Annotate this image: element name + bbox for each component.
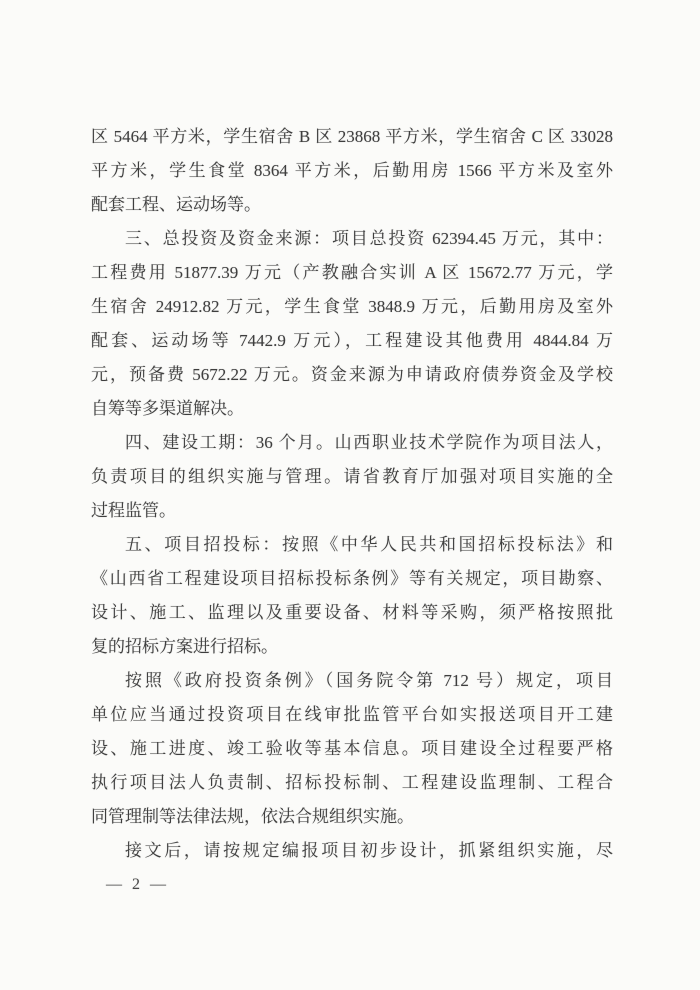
document-text-block: 区 5464 平方米，学生宿舍 B 区 23868 平方米，学生宿舍 C 区 3… — [91, 120, 613, 868]
document-line-section-3-heading: 三、总投资及资金来源：项目总投资 62394.45 万元，其中： — [91, 222, 613, 256]
document-page: 区 5464 平方米，学生宿舍 B 区 23868 平方米，学生宿舍 C 区 3… — [0, 0, 700, 990]
document-line: 接文后，请按规定编报项目初步设计，抓紧组织实施，尽 — [91, 834, 613, 868]
document-line: 同管理制等法律法规，依法合规组织实施。 — [91, 800, 613, 834]
document-line: 单位应当通过投资项目在线审批监管平台如实报送项目开工建 — [91, 698, 613, 732]
document-line-section-4-heading: 四、建设工期：36 个月。山西职业技术学院作为项目法人， — [91, 426, 613, 460]
document-line: 工程费用 51877.39 万元（产教融合实训 A 区 15672.77 万元，… — [91, 256, 613, 290]
document-line: 负责项目的组织实施与管理。请省教育厅加强对项目实施的全 — [91, 460, 613, 494]
document-line: 执行项目法人负责制、招标投标制、工程建设监理制、工程合 — [91, 766, 613, 800]
document-line: 自筹等多渠道解决。 — [91, 392, 613, 426]
document-line: 配套工程、运动场等。 — [91, 188, 613, 222]
document-line: 设、施工进度、竣工验收等基本信息。项目建设全过程要严格 — [91, 732, 613, 766]
document-line: 设计、施工、监理以及重要设备、材料等采购，须严格按照批 — [91, 596, 613, 630]
document-line: 配套、运动场等 7442.9 万元），工程建设其他费用 4844.84 万 — [91, 324, 613, 358]
document-line: 过程监管。 — [91, 494, 613, 528]
document-line: 平方米，学生食堂 8364 平方米，后勤用房 1566 平方米及室外 — [91, 154, 613, 188]
document-line: 《山西省工程建设项目招标投标条例》等有关规定，项目勘察、 — [91, 562, 613, 596]
document-line: 按照《政府投资条例》（国务院令第 712 号）规定，项目 — [91, 664, 613, 698]
document-line: 生宿舍 24912.82 万元，学生食堂 3848.9 万元，后勤用房及室外 — [91, 290, 613, 324]
page-number: — 2 — — [106, 874, 169, 896]
document-line-section-5-heading: 五、项目招投标：按照《中华人民共和国招标投标法》和 — [91, 528, 613, 562]
document-line: 复的招标方案进行招标。 — [91, 630, 613, 664]
document-line: 区 5464 平方米，学生宿舍 B 区 23868 平方米，学生宿舍 C 区 3… — [91, 120, 613, 154]
document-line: 元，预备费 5672.22 万元。资金来源为申请政府债券资金及学校 — [91, 358, 613, 392]
